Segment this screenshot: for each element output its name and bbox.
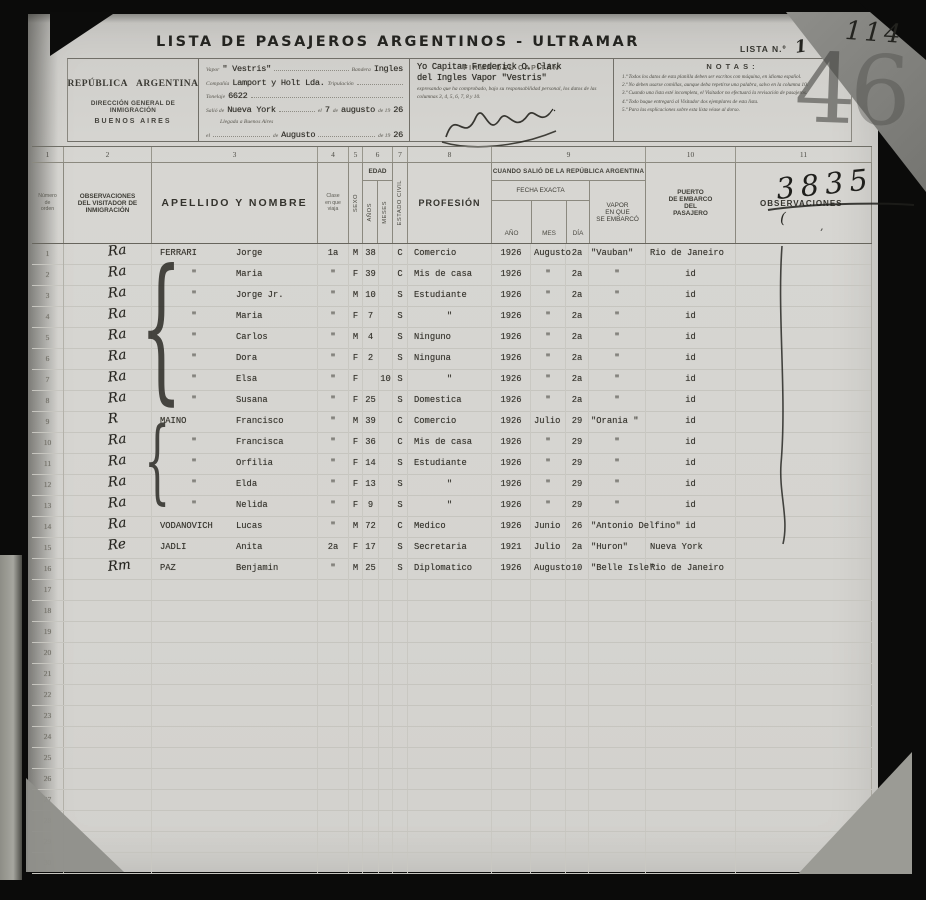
dia-cell <box>566 811 589 831</box>
edad-anos-cell <box>363 832 379 852</box>
estado-civil-cell <box>393 790 408 810</box>
dia-cell: 29 <box>566 433 589 454</box>
buenos-aires-label: BUENOS AIRES <box>68 118 198 125</box>
ano-cell <box>492 685 531 705</box>
visitor-mark-handwritten: R <box>63 409 119 434</box>
clase-cell <box>318 853 349 873</box>
dia-cell <box>566 790 589 810</box>
apellido-nombre-cell <box>152 664 318 684</box>
visitador-cell: Ra <box>64 328 152 349</box>
estado-civil-cell: S <box>393 496 408 517</box>
visitador-cell: Ra <box>64 475 152 496</box>
vapor-cell: " <box>589 328 646 349</box>
ano-cell: 1921 <box>492 538 531 559</box>
dia-cell: 2a <box>566 244 589 265</box>
apellido-nombre-cell <box>152 727 318 747</box>
header-dia: DÍA <box>566 201 589 243</box>
profesion-cell <box>408 727 492 747</box>
row-number: 10 <box>32 433 64 454</box>
nombre: Benjamin <box>236 563 278 573</box>
ano-cell <box>492 811 531 831</box>
sexo-cell: M <box>349 286 363 307</box>
dia-cell <box>566 727 589 747</box>
mes-cell <box>531 748 566 768</box>
edad-meses-cell <box>379 433 393 454</box>
nombre: Carlos <box>236 332 268 342</box>
puerto-cell: Rio de Janeiro <box>646 244 736 265</box>
apellido-nombre-cell <box>152 706 318 726</box>
dia-cell <box>566 853 589 873</box>
visitador-cell <box>64 643 152 663</box>
estado-civil-cell: S <box>393 307 408 328</box>
dia-cell <box>566 685 589 705</box>
mes-cell <box>531 832 566 852</box>
apellido-nombre-cell <box>152 811 318 831</box>
vapor-cell: " <box>589 307 646 328</box>
edad-anos-cell: 17 <box>363 538 379 559</box>
dia-cell: 2a <box>566 307 589 328</box>
clase-cell: " <box>318 412 349 433</box>
clase-cell <box>318 685 349 705</box>
apellido: JADLI <box>152 538 236 557</box>
nombre: Elsa <box>236 374 257 384</box>
nombre: Orfilia <box>236 458 273 468</box>
row-number: 7 <box>32 370 64 391</box>
llegada-label: Llegada a Buenos Aires <box>220 117 273 129</box>
ano-cell <box>492 748 531 768</box>
header-visitador: OBSERVACIONES DEL VISITADOR DE INMIGRACI… <box>64 163 152 243</box>
vapor-cell <box>589 601 646 621</box>
sexo-cell <box>349 685 363 705</box>
nombre: Nelida <box>236 500 268 510</box>
ano-cell: 1926 <box>492 286 531 307</box>
estado-civil-cell <box>393 643 408 663</box>
sexo-cell <box>349 601 363 621</box>
observaciones-cell <box>736 685 872 705</box>
tripulacion-label: Tripulación <box>328 79 354 91</box>
observaciones-cell <box>736 496 872 517</box>
edad-meses-cell <box>379 790 393 810</box>
vapor-cell: "Huron" <box>589 538 646 559</box>
dia-cell: 26 <box>566 517 589 538</box>
vapor-cell: " <box>589 475 646 496</box>
observaciones-cell <box>736 580 872 600</box>
estado-civil-cell <box>393 727 408 747</box>
profesion-cell <box>408 748 492 768</box>
puerto-cell <box>646 643 736 663</box>
puerto-cell <box>646 685 736 705</box>
edad-anos-cell: 39 <box>363 412 379 433</box>
visitador-cell: Ra <box>64 391 152 412</box>
captain-signature-scrawl <box>438 103 578 149</box>
observaciones-cell <box>736 559 872 580</box>
edad-anos-cell: 38 <box>363 244 379 265</box>
visitador-cell <box>64 769 152 789</box>
dia-cell <box>566 580 589 600</box>
nombre: Dora <box>236 353 257 363</box>
observaciones-cell <box>736 790 872 810</box>
immigration-office-box: REPÚBLICA ARGENTINA DIRECCIÓN GENERAL DE… <box>68 59 198 141</box>
puerto-cell <box>646 580 736 600</box>
edad-anos-cell: 7 <box>363 307 379 328</box>
estado-civil-cell: C <box>393 433 408 454</box>
row-number: 3 <box>32 286 64 307</box>
puerto-cell <box>646 706 736 726</box>
sexo-cell: F <box>349 265 363 286</box>
dia-cell: 29 <box>566 454 589 475</box>
row-number: 12 <box>32 475 64 496</box>
header-cuando-group: CUANDO SALIÓ DE LA REPÚBLICA ARGENTINA F… <box>492 163 646 243</box>
sexo-cell: F <box>349 496 363 517</box>
visitador-cell: Ra <box>64 265 152 286</box>
observaciones-cell <box>736 664 872 684</box>
ano-cell: 1926 <box>492 265 531 286</box>
header-mes: MES <box>531 201 566 243</box>
mes-cell <box>531 664 566 684</box>
profesion-cell: " <box>408 307 492 328</box>
sexo-cell: F <box>349 538 363 559</box>
nombre: Maria <box>236 311 262 321</box>
dia-cell: 2a <box>566 538 589 559</box>
vapor-cell: " <box>589 286 646 307</box>
observaciones-cell <box>736 622 872 642</box>
apellido: PAZ <box>152 559 236 578</box>
sexo-cell: M <box>349 559 363 580</box>
visitador-cell <box>64 706 152 726</box>
visitador-cell <box>64 790 152 810</box>
sexo-cell <box>349 832 363 852</box>
visitador-cell <box>64 727 152 747</box>
edad-anos-cell <box>363 601 379 621</box>
edad-anos-cell: 25 <box>363 391 379 412</box>
clase-cell: " <box>318 391 349 412</box>
family-brace-ferrari: { <box>140 254 182 402</box>
row-number: 24 <box>32 727 64 747</box>
puerto-cell <box>646 790 736 810</box>
bandera-value: Ingles <box>374 64 403 76</box>
ano-cell: 1926 <box>492 496 531 517</box>
visitador-cell: R <box>64 412 152 433</box>
table-row: 15ReJADLIAnita2aF17SSecretaria1921Julio2… <box>32 538 872 559</box>
apellido-nombre-cell: JADLIAnita <box>152 538 318 559</box>
ship-details-box: Vapor " Vestris" Bandera Ingles Compañía… <box>198 59 409 141</box>
puerto-cell: id <box>646 517 736 538</box>
header-edad: EDAD <box>363 163 392 181</box>
vapor-value: " Vestris" <box>222 64 271 76</box>
dia-cell: 2a <box>566 286 589 307</box>
table-row: 18 <box>32 601 872 622</box>
profesion-cell: Estudiante <box>408 454 492 475</box>
nombre: Anita <box>236 542 262 552</box>
col-num: 5 <box>349 147 363 162</box>
apellido-nombre-cell: "Nelida <box>152 496 318 517</box>
estado-civil-cell <box>393 811 408 831</box>
mes-cell: " <box>531 454 566 475</box>
sexo-cell <box>349 706 363 726</box>
sexo-cell: F <box>349 349 363 370</box>
estado-civil-cell <box>393 685 408 705</box>
de19-label: de 19 <box>378 106 390 118</box>
edad-anos-cell <box>363 580 379 600</box>
edad-anos-cell <box>363 706 379 726</box>
clase-cell: " <box>318 559 349 580</box>
profesion-cell: Domestica <box>408 391 492 412</box>
estado-civil-cell: C <box>393 265 408 286</box>
puerto-cell <box>646 748 736 768</box>
edad-anos-cell: 13 <box>363 475 379 496</box>
clase-cell: 2a <box>318 538 349 559</box>
salio-day: 7 <box>325 105 330 117</box>
table-row: 22 <box>32 685 872 706</box>
puerto-cell: id <box>646 433 736 454</box>
ano-cell: 1926 <box>492 475 531 496</box>
vapor-cell <box>589 664 646 684</box>
header-numero: Número de orden <box>32 163 64 243</box>
apellido-nombre-cell <box>152 790 318 810</box>
visitor-mark-handwritten: Rm <box>63 556 132 582</box>
row-number: 14 <box>32 517 64 538</box>
sexo-cell <box>349 853 363 873</box>
apellido-nombre-cell: "Orfilia <box>152 454 318 475</box>
sexo-cell: M <box>349 517 363 538</box>
captain-typed-declaration: Yo Capitan Frederick O. Clark del Ingles… <box>417 62 561 84</box>
mes-cell <box>531 601 566 621</box>
observaciones-cell <box>736 265 872 286</box>
clase-cell: 1a <box>318 244 349 265</box>
vapor-cell: " <box>589 391 646 412</box>
puerto-cell: id <box>646 454 736 475</box>
edad-anos-cell <box>363 748 379 768</box>
llegada-year: 26 <box>393 130 403 142</box>
ano-cell <box>492 580 531 600</box>
col-num: 11 <box>736 147 872 162</box>
profesion-cell <box>408 811 492 831</box>
visitador-cell <box>64 622 152 642</box>
clase-cell <box>318 769 349 789</box>
dia-cell: 2a <box>566 265 589 286</box>
observaciones-cell <box>736 328 872 349</box>
header-apellido: APELLIDO Y NOMBRE <box>152 163 318 243</box>
mes-cell: " <box>531 286 566 307</box>
ano-cell <box>492 769 531 789</box>
edad-meses-cell <box>379 349 393 370</box>
clase-cell <box>318 601 349 621</box>
ano-cell <box>492 622 531 642</box>
mes-cell: " <box>531 328 566 349</box>
edad-meses-cell <box>379 622 393 642</box>
edad-meses-cell <box>379 706 393 726</box>
row-number: 20 <box>32 643 64 663</box>
visitor-mark-handwritten: Ra <box>63 388 127 413</box>
clase-cell: " <box>318 286 349 307</box>
dia-cell <box>566 706 589 726</box>
lista-number-label: LISTA N.º <box>740 44 787 54</box>
tonelaje-label: Tonelaje <box>206 92 225 104</box>
ano-cell: 1926 <box>492 370 531 391</box>
estado-civil-cell: S <box>393 328 408 349</box>
row-number: 6 <box>32 349 64 370</box>
col-num: 8 <box>408 147 492 162</box>
clase-cell: " <box>318 517 349 538</box>
mes-cell <box>531 706 566 726</box>
edad-meses-cell <box>379 517 393 538</box>
compania-value: Lamport y Holt Lda. <box>232 78 324 90</box>
ano-cell: 1926 <box>492 349 531 370</box>
visitador-cell: Re <box>64 538 152 559</box>
apellido-nombre-cell: VODANOVICHLucas <box>152 517 318 538</box>
republica-label: REPÚBLICA <box>68 79 128 89</box>
edad-meses-cell <box>379 811 393 831</box>
estado-civil-cell <box>393 622 408 642</box>
ano-cell: 1926 <box>492 391 531 412</box>
edad-anos-cell <box>363 853 379 873</box>
edad-meses-cell <box>379 664 393 684</box>
apellido-nombre-cell: "Elda <box>152 475 318 496</box>
ano-cell: 1926 <box>492 517 531 538</box>
table-row: 28 <box>32 811 872 832</box>
edad-meses-cell <box>379 601 393 621</box>
dia-cell: 29 <box>566 475 589 496</box>
estado-civil-cell <box>393 769 408 789</box>
sexo-cell: F <box>349 391 363 412</box>
vapor-cell <box>589 643 646 663</box>
nombre: Jorge <box>236 248 262 258</box>
edad-meses-cell <box>379 286 393 307</box>
edad-meses-cell <box>379 307 393 328</box>
vapor-cell <box>589 811 646 831</box>
visitador-cell <box>64 748 152 768</box>
edad-meses-cell <box>379 391 393 412</box>
clase-cell: " <box>318 349 349 370</box>
estado-civil-cell: S <box>393 538 408 559</box>
mes-cell <box>531 685 566 705</box>
mes-cell <box>531 811 566 831</box>
edad-anos-cell: 25 <box>363 559 379 580</box>
edad-meses-cell <box>379 454 393 475</box>
clase-cell <box>318 790 349 810</box>
dia-cell <box>566 769 589 789</box>
passenger-list-sheet: LISTA DE PASAJEROS ARGENTINOS - ULTRAMAR… <box>28 14 878 872</box>
edad-meses-cell <box>379 832 393 852</box>
visitador-cell: Ra <box>64 370 152 391</box>
vapor-cell: "Belle Isle" <box>589 559 646 580</box>
apellido-nombre-cell <box>152 601 318 621</box>
puerto-cell: id <box>646 475 736 496</box>
edad-anos-cell <box>363 643 379 663</box>
vapor-cell <box>589 580 646 600</box>
dia-cell <box>566 664 589 684</box>
vapor-cell <box>589 685 646 705</box>
dia-cell: 2a <box>566 349 589 370</box>
edad-anos-cell <box>363 664 379 684</box>
edad-meses-cell <box>379 748 393 768</box>
edad-anos-cell: 2 <box>363 349 379 370</box>
profesion-cell <box>408 601 492 621</box>
estado-civil-cell <box>393 580 408 600</box>
profesion-cell: Estudiante <box>408 286 492 307</box>
header-sexo: SEXO <box>349 163 363 243</box>
edad-meses-cell <box>379 244 393 265</box>
dia-cell: 2a <box>566 328 589 349</box>
apellido-nombre-cell <box>152 685 318 705</box>
header-edad-group: EDAD AÑOS MESES <box>363 163 393 243</box>
mes-cell <box>531 790 566 810</box>
apellido-nombre-cell <box>152 643 318 663</box>
row-number: 11 <box>32 454 64 475</box>
dia-cell <box>566 643 589 663</box>
puerto-cell: id <box>646 412 736 433</box>
ano-cell <box>492 601 531 621</box>
table-row: 30 <box>32 853 872 874</box>
visitador-cell <box>64 685 152 705</box>
clase-cell <box>318 832 349 852</box>
sexo-cell <box>349 790 363 810</box>
vapor-cell: "Antonio Delfino" <box>589 517 646 538</box>
puerto-cell: id <box>646 391 736 412</box>
dia-cell: 10 <box>566 559 589 580</box>
profesion-cell <box>408 622 492 642</box>
edad-anos-cell: 14 <box>363 454 379 475</box>
header-vapor-embarco: VAPOR EN QUE SE EMBARCÓ <box>589 181 645 243</box>
table-row: 21 <box>32 664 872 685</box>
edad-anos-cell <box>363 790 379 810</box>
mes-cell <box>531 622 566 642</box>
puerto-cell: id <box>646 496 736 517</box>
mes-cell: Augusto <box>531 244 566 265</box>
puerto-cell: Nueva York <box>646 538 736 559</box>
row-number: 21 <box>32 664 64 684</box>
observaciones-cell <box>736 727 872 747</box>
family-brace-maino: { <box>144 418 170 504</box>
ano-cell <box>492 853 531 873</box>
mes-cell: " <box>531 475 566 496</box>
sexo-cell <box>349 664 363 684</box>
mes-cell <box>531 643 566 663</box>
apellido-nombre-cell <box>152 832 318 852</box>
observaciones-cell <box>736 433 872 454</box>
dia-cell: 2a <box>566 391 589 412</box>
profesion-cell: " <box>408 496 492 517</box>
pen-tick-mark: ’ <box>820 228 823 239</box>
bandera-label: Bandera <box>352 65 371 77</box>
puerto-cell: id <box>646 349 736 370</box>
profesion-cell <box>408 706 492 726</box>
edad-anos-cell: 39 <box>363 265 379 286</box>
table-row: 26 <box>32 769 872 790</box>
observaciones-cell <box>736 517 872 538</box>
header-anos: AÑOS <box>363 181 377 243</box>
table-row: 17 <box>32 580 872 601</box>
col-num: 6 <box>363 147 393 162</box>
header-profesion: PROFESIÓN <box>408 163 492 243</box>
sexo-cell: F <box>349 370 363 391</box>
sexo-cell: F <box>349 475 363 496</box>
ano-cell: 1926 <box>492 244 531 265</box>
sexo-cell: F <box>349 454 363 475</box>
edad-meses-cell <box>379 265 393 286</box>
mes-cell: Junio <box>531 517 566 538</box>
compania-label: Compañía <box>206 79 229 91</box>
row-number: 9 <box>32 412 64 433</box>
profesion-cell: Mis de casa <box>408 265 492 286</box>
ano-cell: 1926 <box>492 559 531 580</box>
header-puerto: PUERTO DE EMBARCO DEL PASAJERO <box>646 163 736 243</box>
col-num: 7 <box>393 147 408 162</box>
vapor-label: Vapor <box>206 65 219 77</box>
vapor-cell <box>589 853 646 873</box>
profesion-cell: Comercio <box>408 412 492 433</box>
mes-cell: " <box>531 370 566 391</box>
